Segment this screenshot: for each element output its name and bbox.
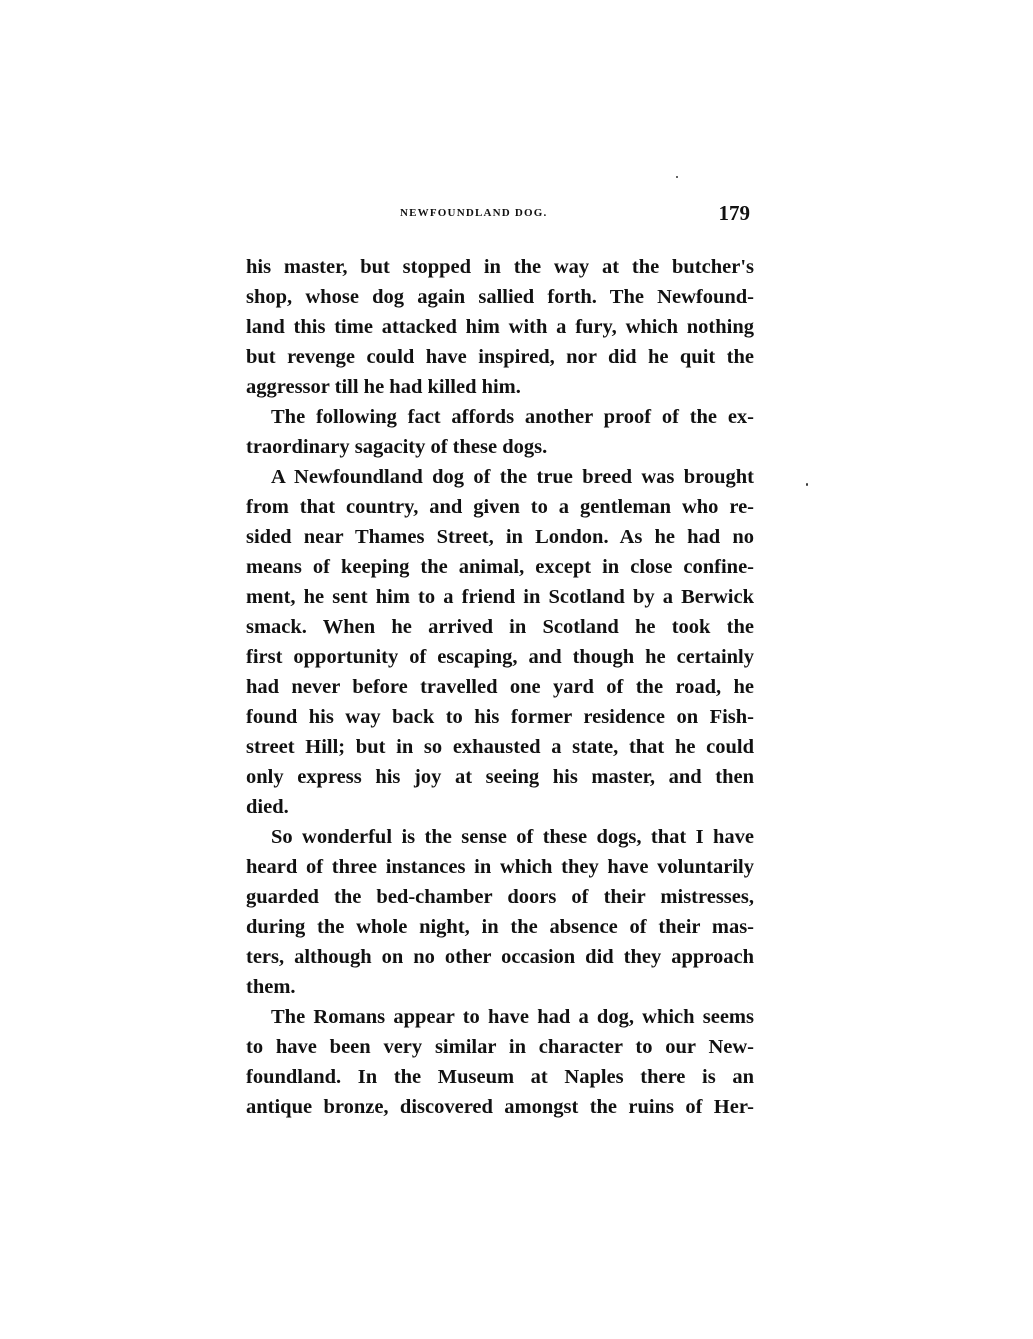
text-line: found his way back to his former residen… [246,702,754,732]
paragraph: The Romans appear to have had a dog, whi… [246,1002,754,1122]
text-line: land this time attacked him with a fury,… [246,312,754,342]
text-line: died. [246,792,754,822]
text-line: ment, he sent him to a friend in Scotlan… [246,582,754,612]
text-line: sided near Thames Street, in London. As … [246,522,754,552]
paragraph: The following fact affords another proof… [246,402,754,462]
text-line: during the whole night, in the absence o… [246,912,754,942]
text-line: A Newfoundland dog of the true breed was… [246,462,754,492]
text-line: smack. When he arrived in Scotland he to… [246,612,754,642]
text-line: first opportunity of escaping, and thoug… [246,642,754,672]
text-line: them. [246,972,754,1002]
paragraph: A Newfoundland dog of the true breed was… [246,462,754,822]
book-page: NEWFOUNDLAND DOG. 179 his master, but st… [0,0,1033,1339]
body-text: his master, but stopped in the way at th… [246,252,754,1122]
running-head: NEWFOUNDLAND DOG. 179 [246,201,754,231]
text-line: his master, but stopped in the way at th… [246,252,754,282]
text-line: from that country, and given to a gentle… [246,492,754,522]
running-head-title: NEWFOUNDLAND DOG. [400,207,548,219]
text-line: means of keeping the animal, except in c… [246,552,754,582]
text-line: had never before travelled one yard of t… [246,672,754,702]
text-line: ters, although on no other occasion did … [246,942,754,972]
text-line: foundland. In the Museum at Naples there… [246,1062,754,1092]
text-line: to have been very similar in character t… [246,1032,754,1062]
text-line: The following fact affords another proof… [246,402,754,432]
text-line: heard of three instances in which they h… [246,852,754,882]
scan-speck [676,176,678,178]
text-line: guarded the bed-chamber doors of their m… [246,882,754,912]
text-line: only express his joy at seeing his maste… [246,762,754,792]
text-line: but revenge could have inspired, nor did… [246,342,754,372]
text-line: shop, whose dog again sallied forth. The… [246,282,754,312]
text-line: traordinary sagacity of these dogs. [246,432,754,462]
scan-speck [806,483,808,486]
text-line: aggressor till he had killed him. [246,372,754,402]
text-line: The Romans appear to have had a dog, whi… [246,1002,754,1032]
text-line: street Hill; but in so exhausted a state… [246,732,754,762]
page-number: 179 [719,201,751,226]
paragraph: So wonderful is the sense of these dogs,… [246,822,754,1002]
text-line: So wonderful is the sense of these dogs,… [246,822,754,852]
text-line: antique bronze, discovered amongst the r… [246,1092,754,1122]
paragraph: his master, but stopped in the way at th… [246,252,754,402]
